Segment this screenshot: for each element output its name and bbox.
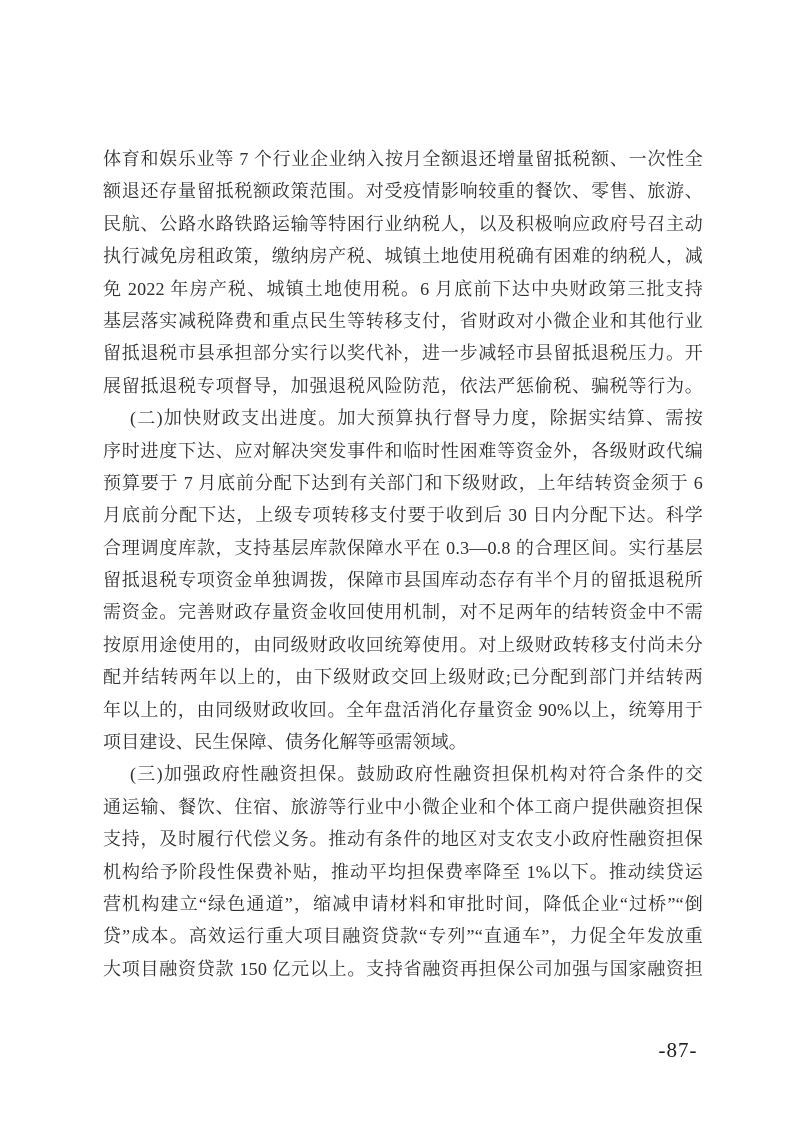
- text-line: 合理调度库款，支持基层库款保障水平在 0.3—0.8 的合理区间。实行基层: [103, 532, 703, 564]
- text-line: 体育和娱乐业等 7 个行业企业纳入按月全额退还增量留抵税额、一次性全: [103, 143, 703, 175]
- text-line: (三)加强政府性融资担保。鼓励政府性融资担保机构对符合条件的交: [103, 758, 703, 790]
- page-body-text: 体育和娱乐业等 7 个行业企业纳入按月全额退还增量留抵税额、一次性全 额退还存量…: [103, 143, 703, 985]
- text-line: 留抵退税市县承担部分实行以奖代补，进一步减轻市县留抵退税压力。开: [103, 337, 703, 369]
- text-line: 大项目融资贷款 150 亿元以上。支持省融资再担保公司加强与国家融资担: [103, 953, 703, 985]
- text-line: 年以上的，由同级财政收回。全年盘活消化存量资金 90%以上，统筹用于: [103, 694, 703, 726]
- text-line: 执行减免房租政策，缴纳房产税、城镇土地使用税确有困难的纳税人，减: [103, 240, 703, 272]
- page-number: -87-: [648, 1035, 708, 1065]
- text-line: 留抵退税专项资金单独调拨，保障市县国库动态存有半个月的留抵退税所: [103, 564, 703, 596]
- text-line: 需资金。完善财政存量资金收回使用机制，对不足两年的结转资金中不需: [103, 596, 703, 628]
- text-line: 免 2022 年房产税、城镇土地使用税。6 月底前下达中央财政第三批支持: [103, 273, 703, 305]
- text-line: (二)加快财政支出进度。加大预算执行督导力度，除据实结算、需按: [103, 402, 703, 434]
- text-line: 支持，及时履行代偿义务。推动有条件的地区对支农支小政府性融资担保: [103, 823, 703, 855]
- text-line: 通运输、餐饮、住宿、旅游等行业中小微企业和个体工商户提供融资担保: [103, 791, 703, 823]
- text-line: 预算要于 7 月底前分配下达到有关部门和下级财政，上年结转资金须于 6: [103, 467, 703, 499]
- text-line: 营机构建立“绿色通道”，缩减申请材料和审批时间，降低企业“过桥”“倒: [103, 888, 703, 920]
- text-line: 民航、公路水路铁路运输等特困行业纳税人，以及积极响应政府号召主动: [103, 208, 703, 240]
- text-line: 贷”成本。高效运行重大项目融资贷款“专列”“直通车”，力促全年发放重: [103, 920, 703, 952]
- text-line: 项目建设、民生保障、债务化解等亟需领域。: [103, 726, 703, 758]
- text-line: 机构给予阶段性保费补贴，推动平均担保费率降至 1%以下。推动续贷运: [103, 856, 703, 888]
- text-line: 基层落实减税降费和重点民生等转移支付，省财政对小微企业和其他行业: [103, 305, 703, 337]
- text-line: 序时进度下达、应对解决突发事件和临时性困难等资金外，各级财政代编: [103, 435, 703, 467]
- text-line: 展留抵退税专项督导，加强退税风险防范，依法严惩偷税、骗税等行为。: [103, 370, 703, 402]
- text-line: 月底前分配下达，上级专项转移支付要于收到后 30 日内分配下达。科学: [103, 499, 703, 531]
- document-page: 体育和娱乐业等 7 个行业企业纳入按月全额退还增量留抵税额、一次性全 额退还存量…: [0, 0, 793, 1122]
- paragraph: (三)加强政府性融资担保。鼓励政府性融资担保机构对符合条件的交 通运输、餐饮、住…: [103, 758, 703, 985]
- paragraph: (二)加快财政支出进度。加大预算执行督导力度，除据实结算、需按 序时进度下达、应…: [103, 402, 703, 758]
- text-line: 按原用途使用的，由同级财政收回统筹使用。对上级财政转移支付尚未分: [103, 629, 703, 661]
- text-line: 配并结转两年以上的，由下级财政交回上级财政;已分配到部门并结转两: [103, 661, 703, 693]
- paragraph: 体育和娱乐业等 7 个行业企业纳入按月全额退还增量留抵税额、一次性全 额退还存量…: [103, 143, 703, 402]
- text-line: 额退还存量留抵税额政策范围。对受疫情影响较重的餐饮、零售、旅游、: [103, 175, 703, 207]
